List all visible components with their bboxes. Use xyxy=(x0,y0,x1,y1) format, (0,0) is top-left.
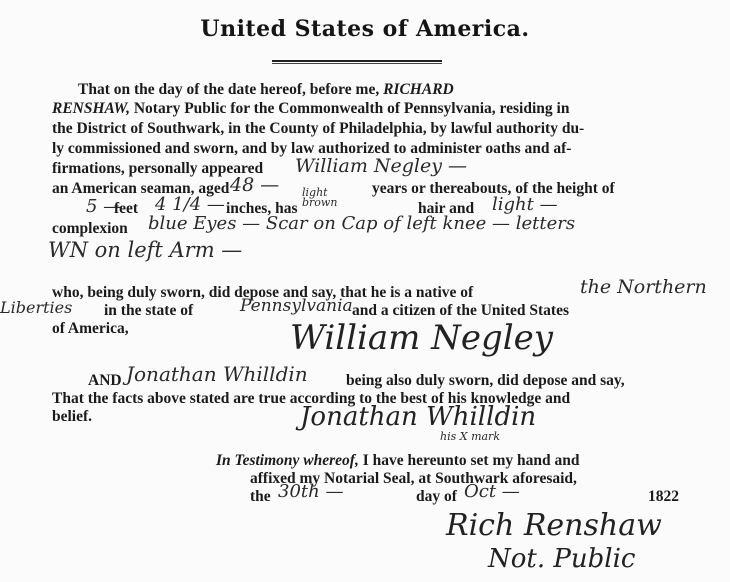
testimony-line-1: In Testimony whereof, I have hereunto se… xyxy=(216,452,579,470)
line-2: RENSHAW, Notary Public for the Commonwea… xyxy=(52,100,569,118)
line-2-text: Notary Public for the Commonwealth of Pe… xyxy=(134,100,570,117)
handwritten-witness-name: Jonathan Whilldin xyxy=(126,362,308,386)
title-divider xyxy=(272,60,442,64)
handwritten-marks-2: WN on left Arm — xyxy=(48,238,242,262)
seaman-signature: William Negley xyxy=(290,318,553,358)
witness-signature: Jonathan Whilldin xyxy=(300,402,536,432)
notary-last-name: RENSHAW, xyxy=(52,100,130,117)
testimony-line-3a: the xyxy=(250,488,271,506)
line-7a: feet xyxy=(114,200,138,218)
notary-signature: Rich Renshaw xyxy=(446,508,662,543)
line-12a: AND xyxy=(88,372,122,390)
handwritten-hair: light brown xyxy=(302,188,362,208)
handwritten-state: Pennsylvania xyxy=(240,296,353,316)
line-3: the District of Southwark, in the County… xyxy=(52,120,584,138)
handwritten-native-of: the Northern xyxy=(580,276,707,298)
document-title: United States of America. xyxy=(0,16,730,42)
handwritten-height-inches: 4 1/4 — xyxy=(155,194,225,215)
line-8: complexion xyxy=(52,220,128,238)
testimony-text: I have hereunto set my hand and xyxy=(363,452,580,469)
line-11: of America, xyxy=(52,320,129,338)
handwritten-seaman-name: William Negley — xyxy=(295,155,467,177)
line-1: That on the day of the date hereof, befo… xyxy=(78,74,454,99)
line-10a: in the state of xyxy=(104,302,193,320)
testimony-italic: In Testimony whereof, xyxy=(216,452,359,469)
handwritten-complexion: light — xyxy=(492,194,558,215)
line-1-text: That on the day of the date hereof, befo… xyxy=(78,81,379,98)
witness-mark: his X mark xyxy=(440,430,500,443)
handwritten-month: Oct — xyxy=(464,481,520,502)
testimony-year: 1822 xyxy=(648,488,679,506)
handwritten-marks-1: blue Eyes — Scar on Cap of left knee — l… xyxy=(148,213,575,234)
line-14: belief. xyxy=(52,408,92,426)
notary-first-name: RICHARD xyxy=(383,81,454,98)
handwritten-day: 30th — xyxy=(278,481,343,502)
handwritten-age: 48 — xyxy=(230,174,279,196)
handwritten-native-of-cont: Liberties xyxy=(0,298,72,317)
testimony-line-3b: day of xyxy=(416,488,457,506)
line-12b: being also duly sworn, did depose and sa… xyxy=(346,372,625,390)
notary-title: Not. Public xyxy=(488,544,635,574)
